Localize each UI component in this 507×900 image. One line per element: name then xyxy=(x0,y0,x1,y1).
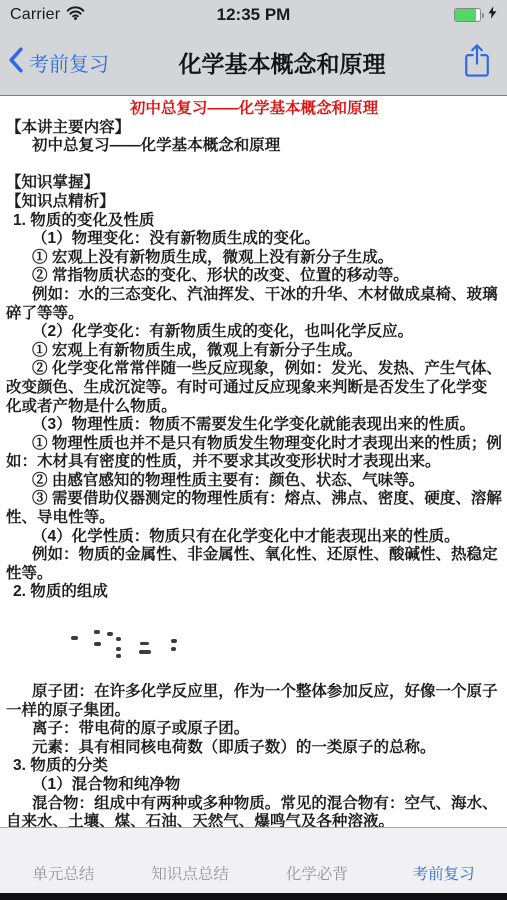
paragraph: 混合物：组成中有两种或多种物质。常见的混合物有：空气、海水、自来水、土壤、煤、石… xyxy=(6,795,502,827)
status-right xyxy=(454,6,497,24)
battery-fill xyxy=(455,9,476,21)
spacer-line xyxy=(6,156,502,175)
paragraph: 【知识掌握】 xyxy=(6,174,502,193)
paragraph: 原子团：在许多化学反应里，作为一个整体参加反应，好像一个原子一样的原子集团。 xyxy=(6,683,502,720)
back-chevron-icon xyxy=(8,47,23,78)
paragraph: （3）物理性质：物质不需要发生化学变化就能表现出来的性质。 xyxy=(6,416,502,435)
paragraph: 例如：水的三态变化、汽油挥发、干冰的升华、木材做成桌椅、玻璃碎了等等。 xyxy=(6,286,502,323)
diagram-dot xyxy=(116,647,121,651)
paragraph: ③ 需要借助仪器测定的物理性质有：熔点、沸点、密度、硬度、溶解性、导电性等。 xyxy=(6,490,502,527)
paragraph: ② 化学变化常常伴随一些反应现象，例如：发光、发热、产生气体、改变颜色、生成沉淀… xyxy=(6,360,502,416)
diagram-dot xyxy=(171,639,177,643)
page-title: 化学基本概念和原理 xyxy=(109,46,455,79)
diagram-dot xyxy=(140,642,149,645)
faded-diagram xyxy=(6,602,502,683)
tab-unit-summary[interactable]: 单元总结 xyxy=(0,828,127,893)
paragraph: （1）混合物和纯净物 xyxy=(6,776,502,795)
paragraph: ① 宏观上没有新物质生成，微观上没有新分子生成。 xyxy=(6,249,502,268)
status-bar: Carrier 12:35 PM xyxy=(0,0,507,30)
paragraph: 离子：带电荷的原子或原子团。 xyxy=(6,720,502,739)
paragraph: ② 由感官感知的物理性质主要有：颜色、状态、气味等。 xyxy=(6,472,502,491)
bottom-black-bar xyxy=(0,893,507,900)
diagram-dot xyxy=(116,637,121,641)
app-screen: Carrier 12:35 PM xyxy=(0,0,507,900)
tab-pre-exam-review[interactable]: 考前复习 xyxy=(380,828,507,893)
paragraph: （2）化学变化：有新物质生成的变化，也叫化学反应。 xyxy=(6,323,502,342)
paragraph: 例如：物质的金属性、非金属性、氧化性、还原性、酸碱性、热稳定性等。 xyxy=(6,546,502,583)
paragraph: （1）物理变化：没有新物质生成的变化。 xyxy=(6,230,502,249)
diagram-dot xyxy=(171,647,176,651)
paragraph: 3. 物质的分类 xyxy=(6,757,502,776)
diagram-dot xyxy=(94,642,101,646)
paragraph: ① 宏观上有新物质生成，微观上有新分子生成。 xyxy=(6,342,502,361)
diagram-dot xyxy=(139,650,151,654)
charging-bolt-icon xyxy=(488,6,497,24)
paragraph: 1. 物质的变化及性质 xyxy=(6,212,502,231)
paragraph: （4）化学性质：物质只有在化学变化中才能表现出来的性质。 xyxy=(6,528,502,547)
share-button[interactable] xyxy=(455,42,499,84)
diagram-dot xyxy=(116,654,121,658)
paragraph: ② 常指物质状态的变化、形状的改变、位置的移动等。 xyxy=(6,267,502,286)
diagram-dot xyxy=(94,630,100,634)
paragraph: 初中总复习——化学基本概念和原理 xyxy=(6,100,502,119)
paragraph: 元素：具有相同核电荷数（即质子数）的一类原子的总称。 xyxy=(6,739,502,758)
paragraph: 初中总复习——化学基本概念和原理 xyxy=(6,137,502,156)
battery-icon xyxy=(454,8,484,22)
tab-chemistry-must-know[interactable]: 化学必背 xyxy=(254,828,381,893)
navigation-bar: 考前复习 化学基本概念和原理 xyxy=(0,30,507,96)
diagram-dot xyxy=(71,636,78,640)
paragraph: 2. 物质的组成 xyxy=(6,583,502,602)
document-body[interactable]: 初中总复习——化学基本概念和原理【本讲主要内容】初中总复习——化学基本概念和原理… xyxy=(0,96,507,827)
back-button[interactable]: 考前复习 xyxy=(8,47,109,78)
back-button-label: 考前复习 xyxy=(29,48,109,77)
share-icon xyxy=(463,42,491,84)
diagram-dot xyxy=(107,632,113,636)
paragraph: 【知识点精析】 xyxy=(6,193,502,212)
tab-bar: 单元总结知识点总结化学必背考前复习 xyxy=(0,827,507,893)
paragraph: 【本讲主要内容】 xyxy=(6,119,502,138)
clock-label: 12:35 PM xyxy=(0,5,507,25)
paragraph: ① 物理性质也并不是只有物质发生物理变化时才表现出来的性质；例如：木材具有密度的… xyxy=(6,435,502,472)
tab-knowledge-point-summary[interactable]: 知识点总结 xyxy=(127,828,254,893)
